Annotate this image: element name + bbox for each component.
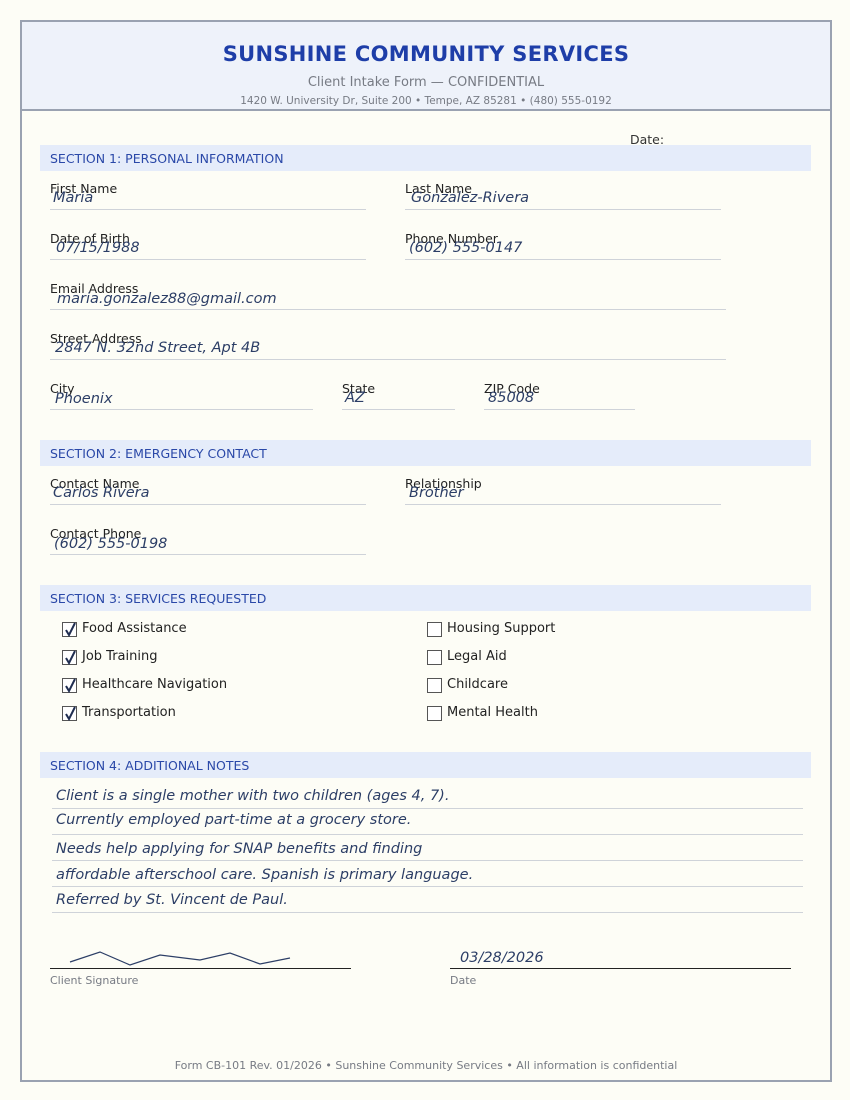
field-value: Maria (53, 190, 93, 206)
checkbox-checked-icon[interactable] (62, 706, 77, 721)
field-value: 85008 (488, 390, 534, 406)
checkbox-checked-icon[interactable] (62, 622, 77, 637)
signature-caption: Client Signature (50, 974, 138, 987)
section-title: SECTION 1: PERSONAL INFORMATION (50, 151, 284, 166)
field-value: Gonzalez-Rivera (411, 190, 529, 206)
field-underline (50, 409, 313, 410)
note-line-2: Currently employed part-time at a grocer… (56, 812, 411, 828)
checkbox-empty-icon[interactable] (427, 706, 442, 721)
field-value: (602) 555-0147 (409, 240, 522, 256)
note-line-1: Client is a single mother with two child… (56, 788, 449, 804)
section-title: SECTION 3: SERVICES REQUESTED (50, 591, 266, 606)
org-name: SUNSHINE COMMUNITY SERVICES (22, 42, 830, 66)
section-additional-notes: SECTION 4: ADDITIONAL NOTES (40, 752, 811, 778)
field-underline (405, 504, 721, 505)
section-emergency-contact: SECTION 2: EMERGENCY CONTACT (40, 440, 811, 466)
service-label: Childcare (447, 677, 508, 692)
checkbox-empty-icon[interactable] (427, 622, 442, 637)
field-underline (50, 359, 726, 360)
org-address: 1420 W. University Dr, Suite 200 • Tempe… (22, 95, 830, 107)
note-line-4: affordable afterschool care. Spanish is … (56, 867, 473, 883)
field-value: 07/15/1988 (56, 240, 140, 256)
form-subtitle: Client Intake Form — CONFIDENTIAL (22, 75, 830, 90)
service-label: Transportation (82, 705, 176, 720)
checkmark-icon (63, 649, 78, 665)
field-underline (50, 504, 366, 505)
intake-form-page: SUNSHINE COMMUNITY SERVICES Client Intak… (20, 20, 832, 1082)
service-label: Food Assistance (82, 621, 187, 636)
field-underline (50, 209, 366, 210)
date-caption: Date (450, 974, 476, 987)
field-underline (50, 259, 366, 260)
checkmark-icon (63, 621, 78, 637)
section-title: SECTION 2: EMERGENCY CONTACT (50, 446, 267, 461)
signature-line (50, 968, 351, 969)
note-rule (52, 808, 803, 809)
field-underline (405, 209, 721, 210)
field-value: AZ (345, 390, 365, 406)
service-label: Housing Support (447, 621, 555, 636)
field-value: maria.gonzalez88@gmail.com (57, 291, 277, 307)
checkbox-checked-icon[interactable] (62, 678, 77, 693)
field-underline (484, 409, 635, 410)
field-value: Brother (409, 485, 464, 501)
field-value: Phoenix (55, 391, 113, 407)
field-value: 2847 N. 32nd Street, Apt 4B (55, 340, 260, 356)
note-line-5: Referred by St. Vincent de Paul. (56, 892, 288, 908)
field-value: Carlos Rivera (53, 485, 150, 501)
field-underline (405, 259, 721, 260)
service-label: Mental Health (447, 705, 538, 720)
signature-date-value: 03/28/2026 (460, 950, 544, 966)
checkbox-checked-icon[interactable] (62, 650, 77, 665)
section-title: SECTION 4: ADDITIONAL NOTES (50, 758, 249, 773)
field-underline (342, 409, 455, 410)
date-line (450, 968, 791, 969)
form-header: SUNSHINE COMMUNITY SERVICES Client Intak… (22, 22, 830, 111)
section-services-requested: SECTION 3: SERVICES REQUESTED (40, 585, 811, 611)
service-label: Healthcare Navigation (82, 677, 227, 692)
field-underline (50, 554, 366, 555)
checkbox-empty-icon[interactable] (427, 650, 442, 665)
note-rule (52, 912, 803, 913)
note-rule (52, 834, 803, 835)
checkbox-empty-icon[interactable] (427, 678, 442, 693)
service-label: Legal Aid (447, 649, 507, 664)
note-line-3: Needs help applying for SNAP benefits an… (56, 841, 422, 857)
field-value: (602) 555-0198 (54, 536, 167, 552)
form-footer: Form CB-101 Rev. 01/2026 • Sunshine Comm… (22, 1059, 830, 1072)
section-personal-info: SECTION 1: PERSONAL INFORMATION (40, 145, 811, 171)
note-rule (52, 886, 803, 887)
note-rule (52, 860, 803, 861)
checkmark-icon (63, 677, 78, 693)
field-underline (50, 309, 726, 310)
checkmark-icon (63, 705, 78, 721)
service-label: Job Training (82, 649, 157, 664)
